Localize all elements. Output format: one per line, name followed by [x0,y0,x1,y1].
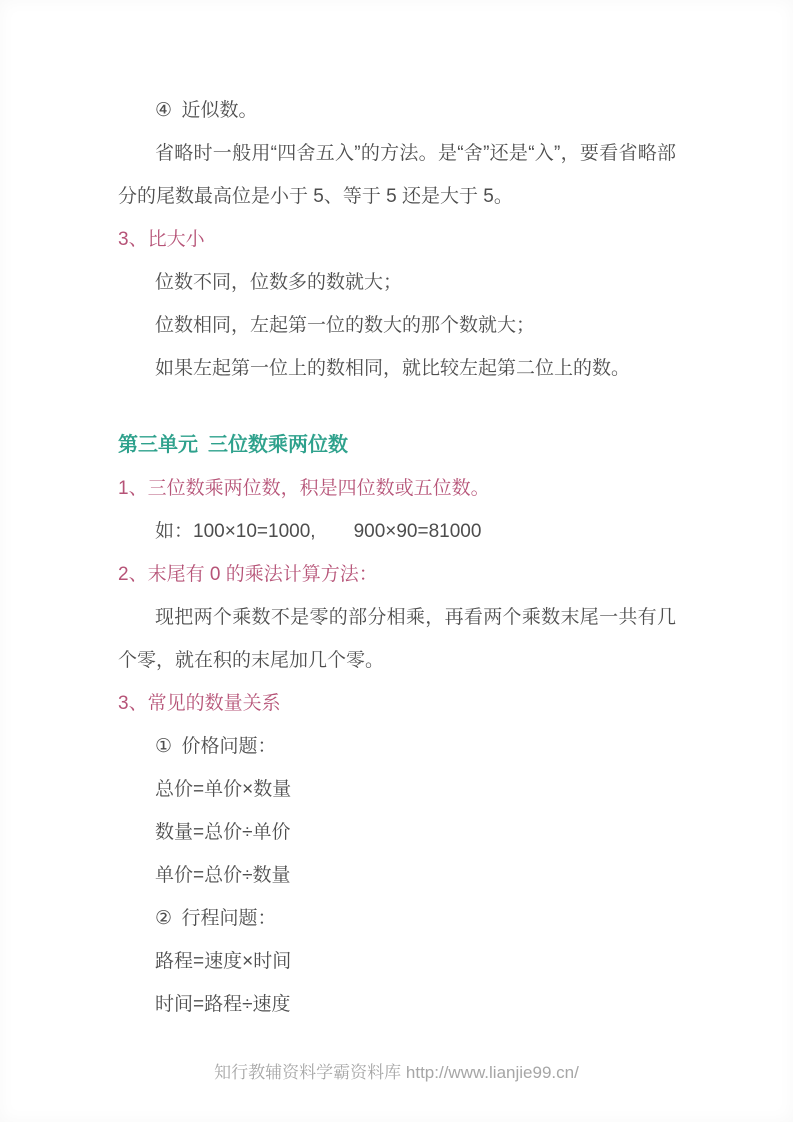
formula-quantity: 数量=总价÷单价 [118,811,676,854]
paragraph-rounding-rule: 省略时一般用“四舍五入”的方法。是“舍”还是“入”，要看省略部分的尾数最高位是小… [118,132,676,218]
list-item-circled-4: ④ 近似数。 [118,89,676,132]
section-gap [118,390,676,424]
document-content: ④ 近似数。 省略时一般用“四舍五入”的方法。是“舍”还是“入”，要看省略部分的… [118,89,676,1026]
footer-watermark: 知行教辅资料学霸资料库 http://www.lianjie99.cn/ [0,1061,793,1085]
paragraph-compare-rule-3: 如果左起第一位上的数相同，就比较左起第二位上的数。 [118,347,676,390]
formula-distance: 路程=速度×时间 [118,940,676,983]
list-item-circled-1-price: ① 价格问题： [118,725,676,768]
paragraph-trailing-zero-rule: 现把两个乘数不是零的部分相乘，再看两个乘数末尾一共有几个零，就在积的末尾加几个零… [118,596,676,682]
section-heading-unit-3: 第三单元 三位数乘两位数 [118,424,676,467]
formula-unit-price: 单价=总价÷数量 [118,854,676,897]
list-item-circled-2-travel: ② 行程问题： [118,897,676,940]
subheading-compare-numbers: 3、比大小 [118,218,676,261]
paragraph-compare-rule-2: 位数相同，左起第一位的数大的那个数就大； [118,304,676,347]
formula-total-price: 总价=单价×数量 [118,768,676,811]
paragraph-multiplication-examples: 如：100×10=1000, 900×90=81000 [118,510,676,553]
subheading-point-2: 2、末尾有 0 的乘法计算方法： [118,553,676,596]
document-page: ④ 近似数。 省略时一般用“四舍五入”的方法。是“舍”还是“入”，要看省略部分的… [0,0,793,1122]
subheading-point-3: 3、常见的数量关系 [118,682,676,725]
formula-time: 时间=路程÷速度 [118,983,676,1026]
paragraph-compare-rule-1: 位数不同，位数多的数就大； [118,261,676,304]
subheading-point-1: 1、三位数乘两位数，积是四位数或五位数。 [118,467,676,510]
